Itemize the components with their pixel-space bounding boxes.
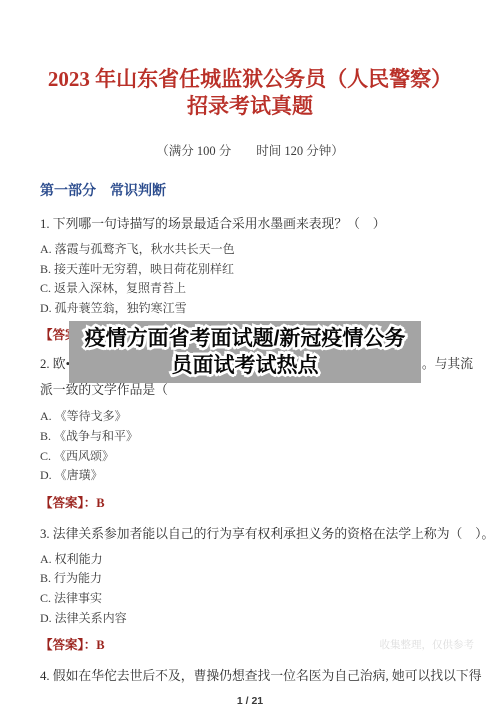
overlay-caption-line-1: 疫情方面省考面试题/新冠疫情公务 bbox=[85, 325, 406, 352]
question-3-options: A. 权利能力 B. 行为能力 C. 法律事实 D. 法律关系内容 bbox=[40, 550, 460, 628]
section-heading: 第一部分 常识判断 bbox=[40, 180, 460, 200]
question-1-option-b: B. 接天莲叶无穷碧，映日荷花别样红 bbox=[40, 260, 460, 280]
watermark-text: 收集整理，仅供参考 bbox=[380, 637, 475, 652]
document-title: 2023 年山东省任城监狱公务员（人民警察）招录考试真题 bbox=[40, 66, 460, 120]
question-4: 4. 假如在华佗去世后不及，曹操仍想查找一位名医为自己治病, 她可以找以下得 bbox=[40, 665, 460, 684]
question-2-option-c: C. 《西风颂》 bbox=[40, 447, 473, 467]
document-content: 2023 年山东省任城监狱公务员（人民警察）招录考试真题 （满分 100 分 时… bbox=[0, 66, 500, 706]
question-4-text: 4. 假如在华佗去世后不及，曹操仍想查找一位名医为自己治病, 她可以找以下得 bbox=[40, 665, 460, 684]
question-2-options: A. 《等待戈多》 B. 《战争与和平》 C. 《西风颂》 D. 《唐璜》 bbox=[40, 407, 473, 485]
document-subtitle: （满分 100 分 时间 120 分钟） bbox=[40, 141, 460, 159]
question-1-options: A. 落霞与孤鹜齐飞，秋水共长天一色 B. 接天莲叶无穷碧，映日荷花别样红 C.… bbox=[40, 240, 460, 318]
question-1-option-c: C. 返景入深林，复照青苔上 bbox=[40, 279, 460, 299]
question-1-text: 1. 下列哪一句诗描写的场景最适合采用水墨画来表现？（ ） bbox=[40, 213, 460, 232]
question-3-option-b: B. 行为能力 bbox=[40, 569, 460, 589]
question-2-option-b: B. 《战争与和平》 bbox=[40, 427, 473, 447]
question-1-option-d: D. 孤舟蓑笠翁，独钓寒江雪 bbox=[40, 299, 460, 319]
page-indicator: 1 / 21 bbox=[40, 695, 460, 706]
answer-letter: B bbox=[96, 496, 104, 510]
question-3-option-a: A. 权利能力 bbox=[40, 550, 460, 570]
overlay-caption-line-2: 员面试考试热点 bbox=[172, 352, 319, 379]
question-2-answer: 【答案】：B bbox=[40, 493, 473, 511]
question-3-option-c: C. 法律事实 bbox=[40, 589, 460, 609]
question-3-text: 3. 法律关系参加者能以自己的行为享有权利承担义务的资格在法学上称为（ ）。 bbox=[40, 523, 460, 542]
answer-letter: B bbox=[96, 638, 104, 652]
overlay-caption-band: 疫情方面省考面试题/新冠疫情公务 员面试考试热点 bbox=[69, 321, 421, 383]
question-2-option-a: A. 《等待戈多》 bbox=[40, 407, 473, 427]
question-3-option-d: D. 法律关系内容 bbox=[40, 609, 460, 629]
question-2-option-d: D. 《唐璜》 bbox=[40, 466, 473, 486]
question-1-option-a: A. 落霞与孤鹜齐飞，秋水共长天一色 bbox=[40, 240, 460, 260]
answer-prefix: 【答案】： bbox=[40, 638, 96, 652]
question-3: 3. 法律关系参加者能以自己的行为享有权利承担义务的资格在法学上称为（ ）。 A… bbox=[40, 523, 460, 653]
answer-prefix: 【答案】： bbox=[40, 496, 96, 510]
exam-document-page: 2023 年山东省任城监狱公务员（人民警察）招录考试真题 （满分 100 分 时… bbox=[0, 0, 500, 706]
question-2-text-start: 2. 欧• bbox=[40, 352, 70, 378]
